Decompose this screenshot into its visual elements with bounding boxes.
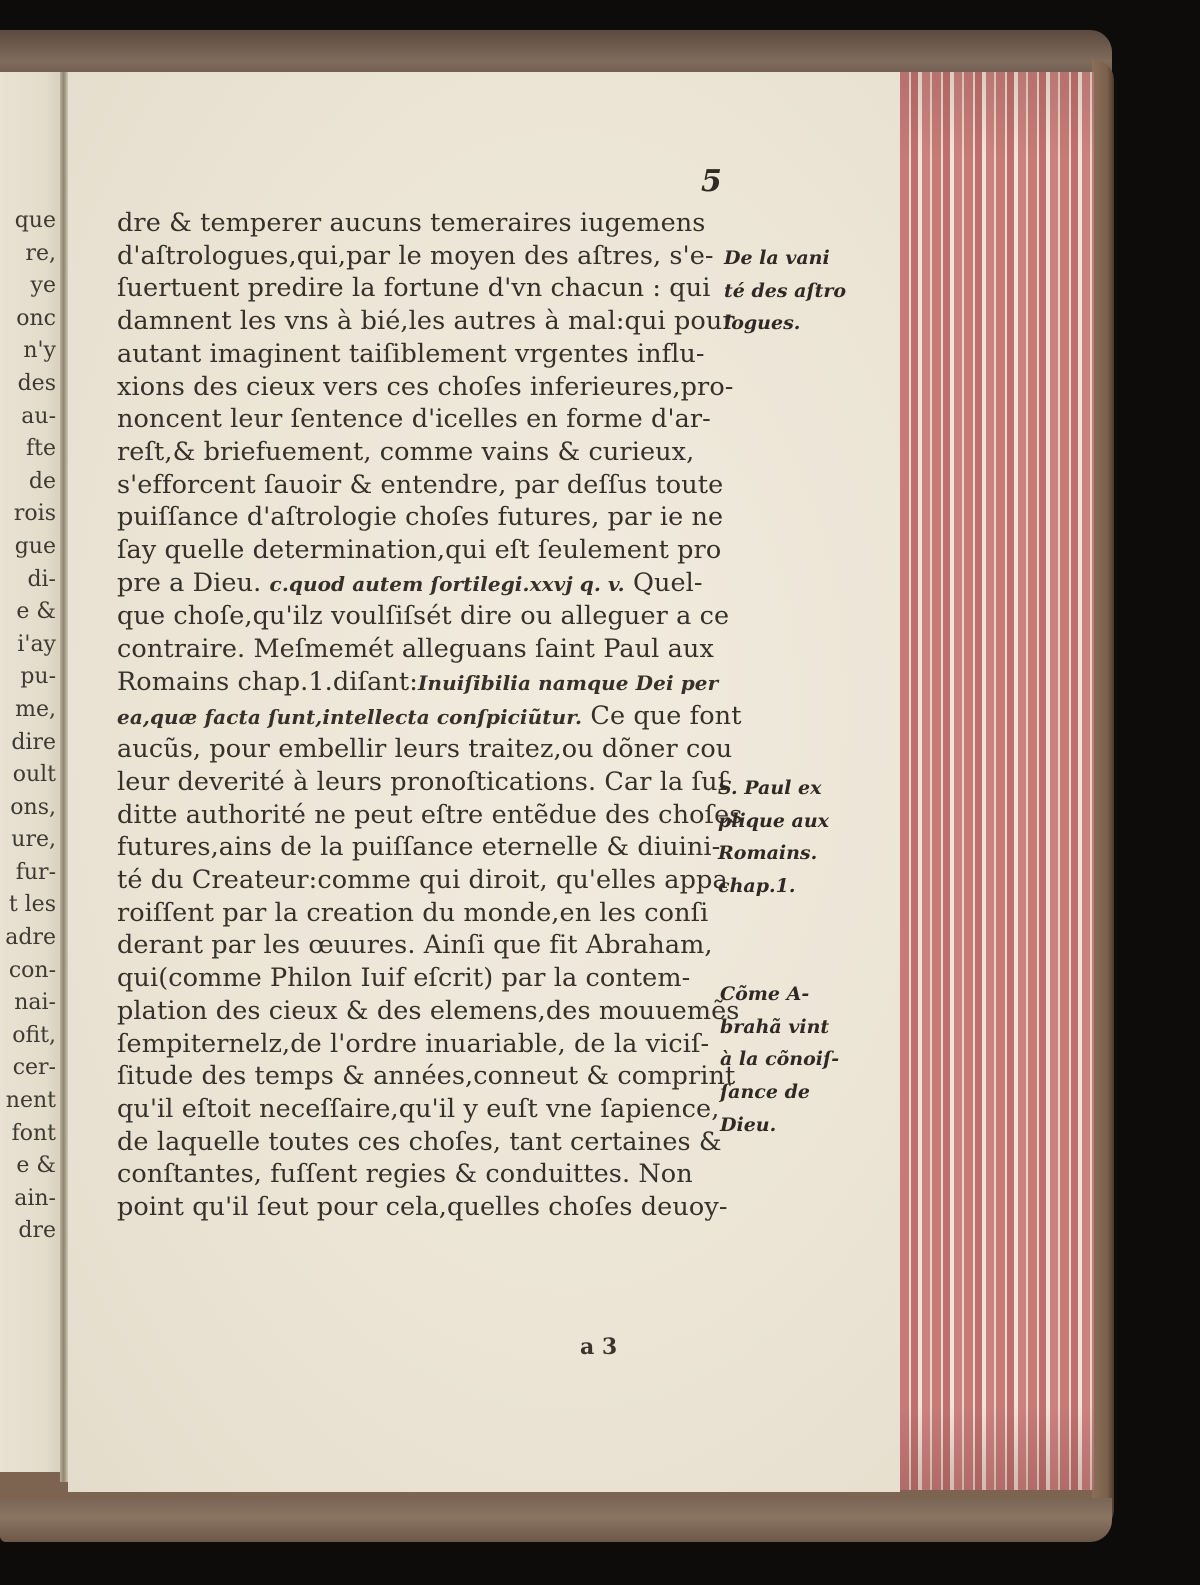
line-ending: di- [5,564,56,597]
text-line: ditte authorité ne peut eſtre entẽdue de… [117,799,717,832]
line-ending: gue [5,531,56,564]
line-ending: pu- [5,661,56,694]
text-line: damnent les vns à bié,les autres à mal:q… [117,305,717,338]
text-line: point qu'il ſeut pour cela,quelles choſe… [117,1191,717,1224]
text-line: que choſe,qu'ilz voulſiſsét dire ou alle… [117,600,717,633]
text-segment: Ce que font [582,701,741,731]
line-ending: e & [5,596,56,629]
previous-page-fragment: que re, ye onc n'y des au- fte de rois g… [0,72,62,1472]
text-line: ſempiternelz,de l'ordre inuariable, de l… [117,1028,717,1061]
line-ending: que [5,205,56,238]
line-ending: ofit, [5,1020,56,1053]
text-line: qu'il eſtoit neceſſaire,qu'il y euſt vne… [117,1093,717,1126]
canon-law-citation: c.quod autem ſortilegi.xxvj q. v. [270,572,625,596]
previous-page-line-endings: que re, ye onc n'y des au- fte de rois g… [5,205,56,1248]
text-line: de laquelle toutes ces choſes, tant cert… [117,1126,717,1159]
marginal-line: plique aux [718,805,829,838]
text-line: dre & temperer aucuns temeraires iugemen… [117,207,717,240]
line-ending: rois [5,498,56,531]
line-ending: ain- [5,1183,56,1216]
marginal-line: ſance de [720,1076,839,1109]
text-line: ſitude des temps & années,conneut & comp… [117,1060,717,1093]
line-ending: me, [5,694,56,727]
marginal-note-saint-paul: S. Paul ex plique aux Romains. chap.1. [718,772,829,903]
line-ending: t les [5,889,56,922]
line-ending: de [5,466,56,499]
marginal-note-vanity-of-astrologers: De la vani té des aſtro logues. [724,242,846,340]
line-ending: dre [5,1215,56,1248]
line-ending: re, [5,238,56,271]
line-ending: nai- [5,987,56,1020]
marginal-line: té des aſtro [724,275,846,308]
text-line: conſtantes, fuſſent regies & conduittes.… [117,1158,717,1191]
text-line: ſuertuent predire la fortune d'vn chacun… [117,272,717,305]
marginal-line: De la vani [724,242,846,275]
folio-number: 5 [701,164,722,199]
text-line: contraire. Meſmemét alleguans ſaint Paul… [117,633,717,666]
text-line-with-quotation: Romains chap.1.diſant:Inuiſibilia namque… [117,666,717,700]
text-line: autant imaginent taiſiblement vrgentes i… [117,338,717,371]
text-line: noncent leur ſentence d'icelles en forme… [117,403,717,436]
line-ending: cer- [5,1052,56,1085]
text-line: plation des cieux & des elemens,des mouu… [117,995,717,1028]
marginal-line: Romains. [718,837,829,870]
line-ending: des [5,368,56,401]
marginal-note-abraham: Cõme A- brahã vint à la cõnoiſ- ſance de… [720,978,839,1142]
recto-page: 5 dre & temperer aucuns temeraires iugem… [68,72,900,1492]
line-ending: ons, [5,792,56,825]
marginal-line: Dieu. [720,1109,839,1142]
line-ending: con- [5,955,56,988]
text-line: futures,ains de la puiſſance eternelle &… [117,831,717,864]
signature-mark: a 3 [580,1334,617,1360]
line-ending: e & [5,1150,56,1183]
line-ending: n'y [5,335,56,368]
line-ending: au- [5,401,56,434]
text-segment: Romains chap.1.diſant: [117,667,418,697]
text-line: té du Createur:comme qui diroit, qu'elle… [117,864,717,897]
line-ending: dire [5,727,56,760]
marginal-line: à la cõnoiſ- [720,1043,839,1076]
text-line: s'efforcent ſauoir & entendre, par deſſu… [117,469,717,502]
text-line: reſt,& briefuement, comme vains & curieu… [117,436,717,469]
line-ending: ye [5,270,56,303]
marginal-line: chap.1. [718,870,829,903]
line-ending: ure, [5,824,56,857]
marginal-line: Cõme A- [720,978,839,1011]
line-ending: font [5,1118,56,1151]
line-ending: onc [5,303,56,336]
binding-right-edge [1092,60,1114,1530]
text-line: roiſſent par la creation du monde,en les… [117,897,717,930]
binding-bottom-edge [0,1498,1112,1542]
text-line: xions des cieux vers ces choſes inferieu… [117,371,717,404]
marginal-line: logues. [724,307,846,340]
text-segment: pre a Dieu. [117,568,270,598]
text-segment: Quel- [625,568,703,598]
line-ending: fur- [5,857,56,890]
latin-quotation: Inuiſibilia namque Dei per [418,671,718,695]
text-line: ſay quelle determination,qui eſt ſeuleme… [117,534,717,567]
text-line: derant par les œuures. Ainſi que fit Abr… [117,929,717,962]
marginal-line: S. Paul ex [718,772,829,805]
fore-edge-shading [900,72,1094,1490]
line-ending: nent [5,1085,56,1118]
line-ending: i'ay [5,629,56,662]
line-ending: oult [5,759,56,792]
line-ending: fte [5,433,56,466]
text-line-with-citation: pre a Dieu. c.quod autem ſortilegi.xxvj … [117,567,717,601]
text-line: qui(comme Philon Iuif eſcrit) par la con… [117,962,717,995]
marginal-line: brahã vint [720,1011,839,1044]
line-ending: adre [5,922,56,955]
latin-quotation: ea,quæ facta ſunt,intellecta conſpiciũtu… [117,705,582,729]
text-line: leur deverité à leurs pronoſtications. C… [117,766,717,799]
text-line: puiſſance d'aſtrologie choſes futures, p… [117,501,717,534]
text-line: aucũs, pour embellir leurs traitez,ou dõ… [117,733,717,766]
text-line: d'aſtrologues,qui,par le moyen des aſtre… [117,240,717,273]
book-gutter [60,72,68,1482]
body-text: dre & temperer aucuns temeraires iugemen… [117,207,717,1224]
text-line-with-quotation: ea,quæ facta ſunt,intellecta conſpiciũtu… [117,700,717,734]
